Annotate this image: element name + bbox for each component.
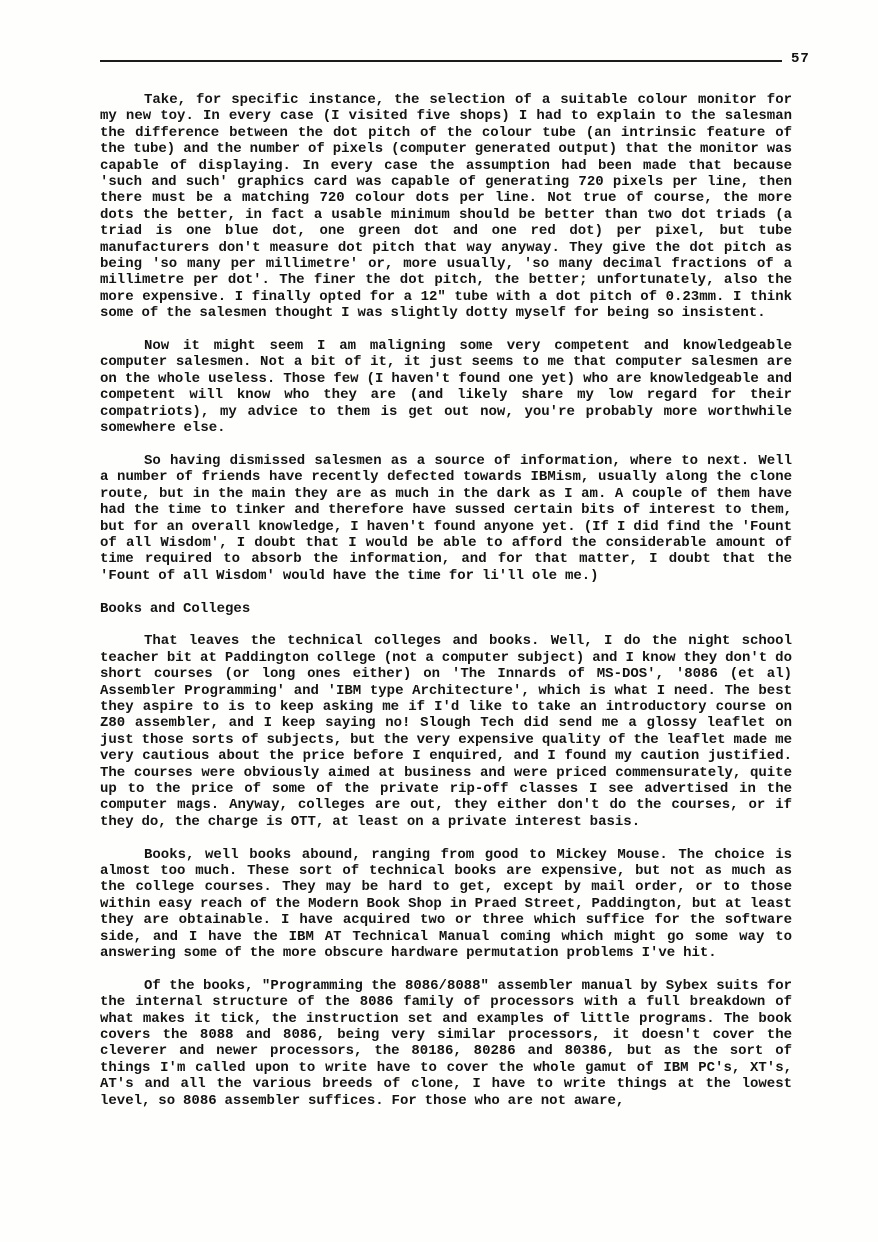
article-body: Take, for specific instance, the selecti… <box>100 92 792 1109</box>
header-rule <box>100 60 782 62</box>
paragraph-technical-colleges: That leaves the technical colleges and b… <box>100 633 792 830</box>
paragraph-salesmen-maligning: Now it might seem I am maligning some ve… <box>100 338 792 436</box>
section-heading-books-and-colleges: Books and Colleges <box>100 601 792 617</box>
paragraph-books-abound: Books, well books abound, ranging from g… <box>100 847 792 962</box>
paragraph-dismissed-salesmen: So having dismissed salesmen as a source… <box>100 453 792 584</box>
page-number: 57 <box>791 52 810 66</box>
paragraph-monitor-selection: Take, for specific instance, the selecti… <box>100 92 792 322</box>
document-page: 57 Take, for specific instance, the sele… <box>0 0 878 1242</box>
paragraph-sybex-manual: Of the books, "Programming the 8086/8088… <box>100 978 792 1109</box>
page-header: 57 <box>0 0 878 90</box>
